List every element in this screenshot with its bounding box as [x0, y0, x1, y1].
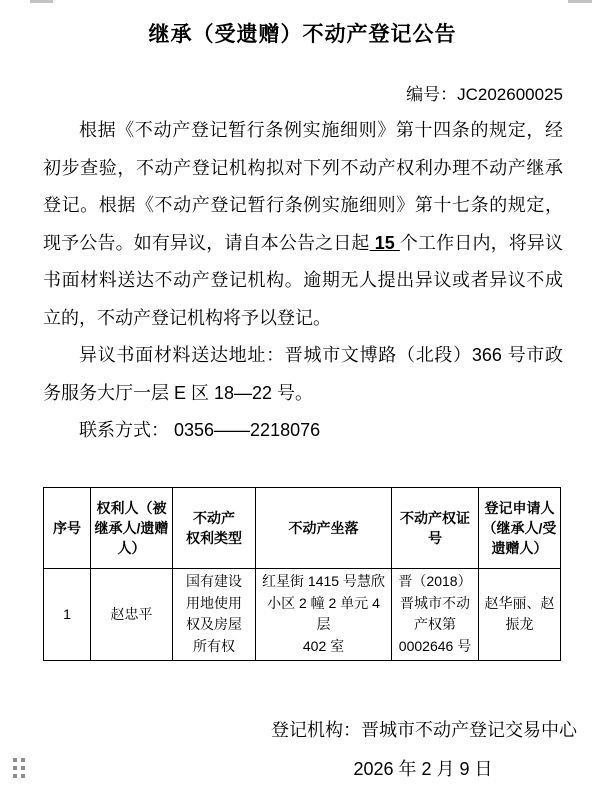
header-right-type: 不动产 权利类型 — [173, 488, 256, 569]
document-page: 继承（受遗赠）不动产登记公告 编号：JC202600025 根据《不动产登记暂行… — [0, 0, 605, 809]
drag-handle-icon[interactable] — [13, 758, 25, 778]
cell-applicant: 赵华丽、赵 振龙 — [479, 569, 561, 661]
header-property-location: 不动产坐落 — [256, 488, 392, 569]
registration-table: 序号 权利人（被继承人/遗赠人） 不动产 权利类型 不动产坐落 不动产权证号 登… — [43, 487, 561, 661]
cell-right-type: 国有建设 用地使用 权及房屋 所有权 — [173, 569, 256, 661]
top-right-edge-marker — [568, 0, 592, 3]
header-right-holder: 权利人（被继承人/遗赠人） — [91, 488, 173, 569]
drag-handle-dot — [21, 766, 25, 770]
table-row: 1 赵忠平 国有建设 用地使用 权及房屋 所有权 红星街 1415 号慧欣 小区… — [44, 569, 561, 661]
drag-handle-dot — [21, 758, 25, 762]
paragraph-main: 根据《不动产登记暂行条例实施细则》第十四条的规定，经初步查验，不动产登记机构拟对… — [43, 112, 563, 337]
cell-serial-no: 1 — [44, 569, 91, 661]
top-left-edge-marker — [30, 0, 53, 3]
paragraph-contact: 联系方式： 0356——2218076 — [43, 412, 563, 450]
drag-handle-dot — [13, 766, 17, 770]
page-title: 继承（受遗赠）不动产登记公告 — [0, 18, 605, 48]
drag-handle-dot — [21, 774, 25, 778]
drag-handle-dot — [13, 758, 17, 762]
header-serial-no: 序号 — [44, 488, 91, 569]
header-certificate-no: 不动产权证号 — [392, 488, 479, 569]
registry-authority: 登记机构：晋城市不动产登记交易中心 — [271, 716, 577, 742]
notice-date: 2026 年 2 月 9 日 — [353, 755, 492, 781]
objection-days-value: 15 — [370, 233, 400, 253]
cell-property-location: 红星街 1415 号慧欣 小区 2 幢 2 单元 4 层 402 室 — [256, 569, 392, 661]
cell-certificate-no: 晋（2018） 晋城市不动 产权第 0002646 号 — [392, 569, 479, 661]
document-number: 编号：JC202600025 — [406, 80, 563, 105]
drag-handle-dot — [13, 774, 17, 778]
table-header-row: 序号 权利人（被继承人/遗赠人） 不动产 权利类型 不动产坐落 不动产权证号 登… — [44, 488, 561, 569]
paragraph-address: 异议书面材料送达地址：晋城市文博路（北段）366 号市政务服务大厅一层 E 区 … — [43, 337, 563, 412]
notice-body: 根据《不动产登记暂行条例实施细则》第十四条的规定，经初步查验，不动产登记机构拟对… — [43, 112, 563, 450]
header-applicant: 登记申请人（继承人/受遗赠人） — [479, 488, 561, 569]
cell-right-holder: 赵忠平 — [91, 569, 173, 661]
